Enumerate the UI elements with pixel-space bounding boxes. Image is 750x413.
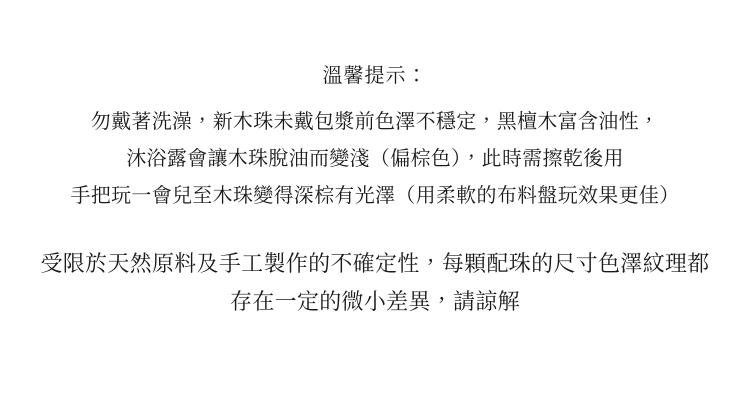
disclaimer-line-2: 存在一定的微小差異，請諒解 <box>0 283 750 321</box>
care-instructions-paragraph: 勿戴著洗澡，新木珠未戴包漿前色澤不穩定，黑檀木富含油性， 沐浴露會讓木珠脫油而變… <box>0 104 750 215</box>
care-instruction-line-3: 手把玩一會兒至木珠變得深棕有光澤（用柔軟的布料盤玩效果更佳） <box>0 178 750 215</box>
product-notice-image: 溫馨提示： 勿戴著洗澡，新木珠未戴包漿前色澤不穩定，黑檀木富含油性， 沐浴露會讓… <box>0 0 750 413</box>
disclaimer-paragraph: 受限於天然原料及手工製作的不確定性，每顆配珠的尺寸色澤紋理都 存在一定的微小差異… <box>0 245 750 321</box>
care-instruction-line-2: 沐浴露會讓木珠脫油而變淺（偏棕色），此時需擦乾後用 <box>0 141 750 178</box>
care-instruction-line-1: 勿戴著洗澡，新木珠未戴包漿前色澤不穩定，黑檀木富含油性， <box>0 104 750 141</box>
notice-title: 溫馨提示： <box>0 62 750 90</box>
disclaimer-line-1: 受限於天然原料及手工製作的不確定性，每顆配珠的尺寸色澤紋理都 <box>0 245 750 283</box>
